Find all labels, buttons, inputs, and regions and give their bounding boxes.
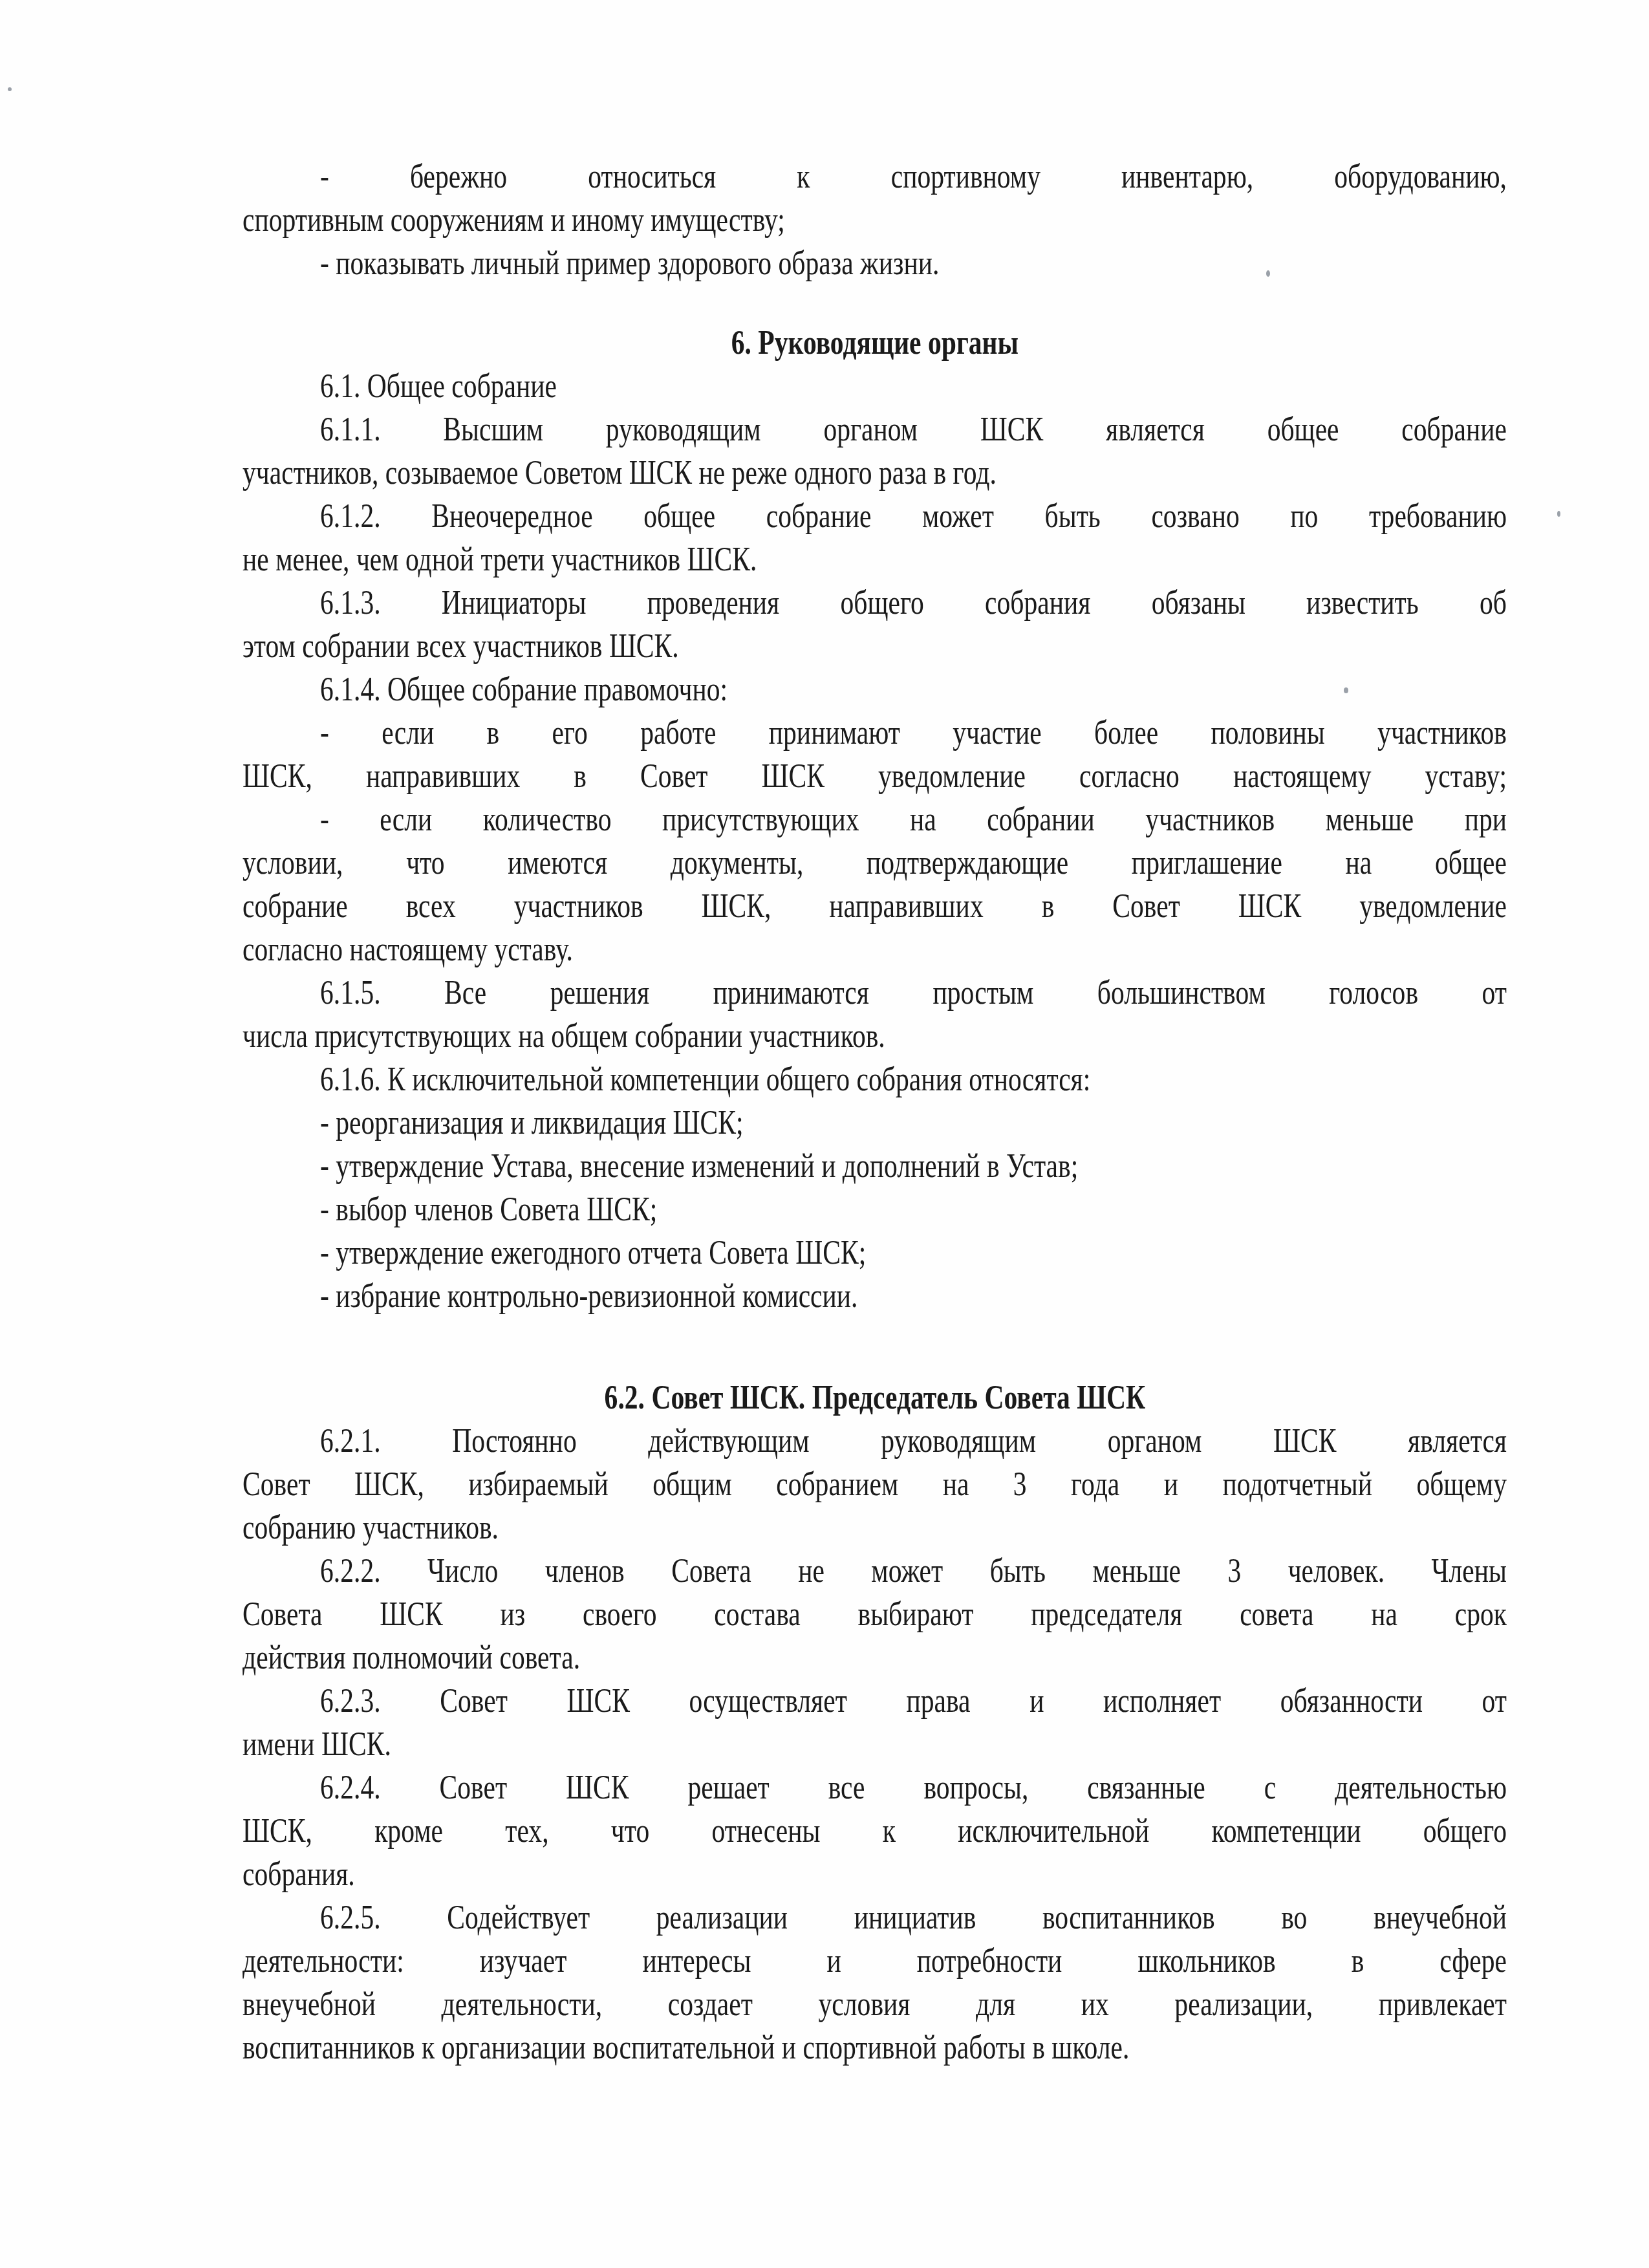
text-line: Совет ШСК, избираемый общим собранием на… (242, 1463, 1507, 1506)
text-line: - показывать личный пример здорового обр… (320, 242, 1507, 285)
list-item: - избрание контрольно-ревизионной комисс… (320, 1275, 1507, 1318)
text-line: собранию участников. (242, 1506, 1507, 1550)
text-line: действия полномочий совета. (242, 1636, 1507, 1679)
text-line: 6.1.4. Общее собрание правомочно: (320, 668, 1507, 711)
list-item: - утверждение Устава, внесение изменений… (320, 1145, 1507, 1188)
text-line: имени ШСК. (242, 1723, 1507, 1766)
text-line: ШСК, направивших в Совет ШСК уведомление… (242, 755, 1507, 798)
text-line: ШСК, кроме тех, что отнесены к исключите… (242, 1809, 1507, 1853)
text-line: согласно настоящему уставу. (242, 928, 1507, 971)
text-line: 6.2.3. Совет ШСК осуществляет права и ис… (320, 1679, 1507, 1723)
text-line: 6.1.6. К исключительной компетенции обще… (320, 1058, 1507, 1101)
text-line: 6.2.4. Совет ШСК решает все вопросы, свя… (320, 1766, 1507, 1809)
list-item: - выбор членов Совета ШСК; (320, 1188, 1507, 1231)
text-line: 6.2.5. Содействует реализации инициатив … (320, 1896, 1507, 1939)
document-page: - бережно относиться к спортивному инвен… (0, 0, 1649, 2268)
text-line: 6.1.1. Высшим руководящим органом ШСК яв… (320, 408, 1507, 451)
text-line: числа присутствующих на общем собрании у… (242, 1015, 1507, 1058)
subsection-title: 6.1. Общее собрание (320, 365, 1507, 408)
text-line: 6.2.1. Постоянно действующим руководящим… (320, 1420, 1507, 1463)
text-line: - бережно относиться к спортивному инвен… (320, 155, 1507, 199)
text-line: воспитанников к организации воспитательн… (242, 2026, 1507, 2069)
text-line: этом собрании всех участников ШСК. (242, 625, 1507, 668)
list-item: - реорганизация и ликвидация ШСК; (320, 1101, 1507, 1145)
text-line: деятельности: изучает интересы и потребн… (242, 1939, 1507, 1983)
text-line: 6.1.5. Все решения принимаются простым б… (320, 971, 1507, 1015)
scan-speck (1557, 511, 1560, 517)
scan-speck (8, 87, 12, 91)
scan-speck (1266, 270, 1270, 277)
text-line: условии, что имеются документы, подтверж… (242, 841, 1507, 885)
text-line: внеучебной деятельности, создает условия… (242, 1983, 1507, 2026)
text-line: не менее, чем одной трети участников ШСК… (242, 538, 1507, 581)
section-heading: 6.2. Совет ШСК. Председатель Совета ШСК (242, 1376, 1507, 1420)
text-line: - если количество присутствующих на собр… (320, 798, 1507, 841)
text-line: 6.2.2. Число членов Совета не может быть… (320, 1550, 1507, 1593)
text-line: собрание всех участников ШСК, направивши… (242, 885, 1507, 928)
text-line: собрания. (242, 1853, 1507, 1896)
text-line: - если в его работе принимают участие бо… (320, 711, 1507, 755)
text-line: Совета ШСК из своего состава выбирают пр… (242, 1593, 1507, 1636)
section-heading: 6. Руководящие органы (242, 321, 1507, 365)
text-line: 6.1.2. Внеочередное общее собрание может… (320, 495, 1507, 538)
text-line: участников, созываемое Советом ШСК не ре… (242, 451, 1507, 495)
text-line: 6.1.3. Инициаторы проведения общего собр… (320, 581, 1507, 625)
scan-speck (1344, 687, 1348, 693)
list-item: - утверждение ежегодного отчета Совета Ш… (320, 1231, 1507, 1275)
text-line: спортивным сооружениям и иному имуществу… (242, 199, 1507, 242)
